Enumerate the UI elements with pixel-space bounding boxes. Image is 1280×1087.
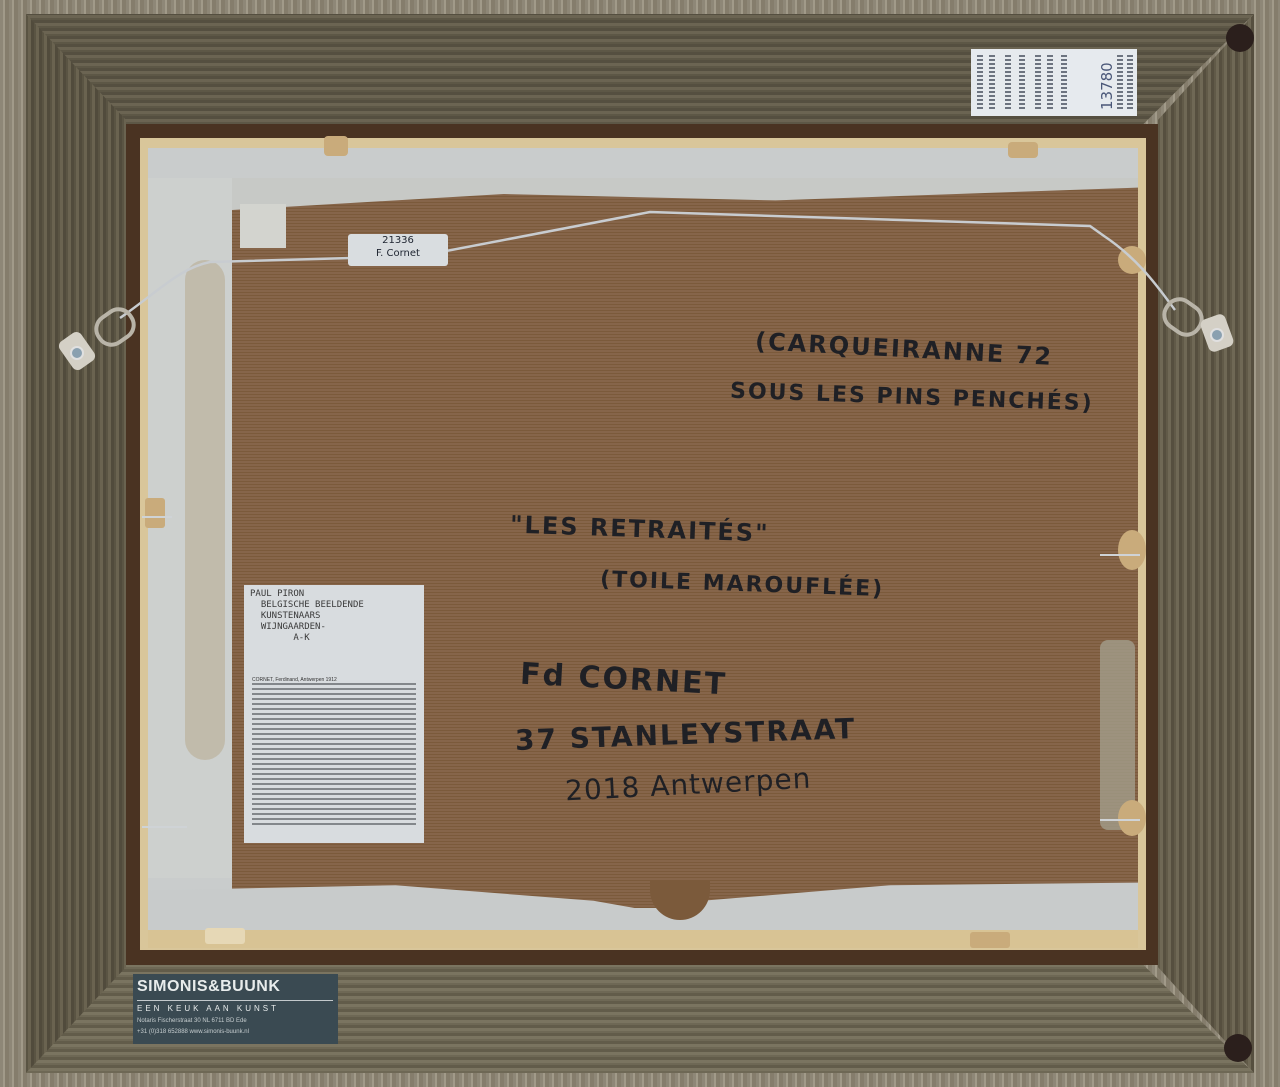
inventory-label: 21336 F. Cornet (348, 234, 448, 266)
logo-divider (137, 1000, 333, 1001)
logo-tagline: EEN KEUK AAN KUNST (137, 1004, 279, 1013)
gallery-logo: SIMONIS&BUUNK EEN KEUK AAN KUNST Notaris… (133, 974, 338, 1044)
logo-address: Notaris Fischerstraat 30 NL 6711 BD Ede (137, 1018, 247, 1024)
logo-contact: +31 (0)318 652888 www.simonis-buunk.nl (137, 1029, 249, 1035)
inventory-number: 21336 (348, 234, 448, 247)
label-number: 13780 (1098, 60, 1134, 110)
clipping-handwriting: PAUL PIRON BELGISCHE BEELDENDE KUNSTENAA… (244, 585, 424, 648)
catalog-clipping: PAUL PIRON BELGISCHE BEELDENDE KUNSTENAA… (244, 585, 424, 843)
torn-label (240, 204, 286, 248)
hanging-wire (0, 0, 1280, 1087)
logo-brand: SIMONIS&BUUNK (137, 978, 280, 996)
screw-icon (1210, 328, 1224, 342)
inventory-name: F. Cornet (348, 247, 448, 260)
screw-icon (70, 346, 84, 360)
clipping-text-block (252, 683, 416, 825)
